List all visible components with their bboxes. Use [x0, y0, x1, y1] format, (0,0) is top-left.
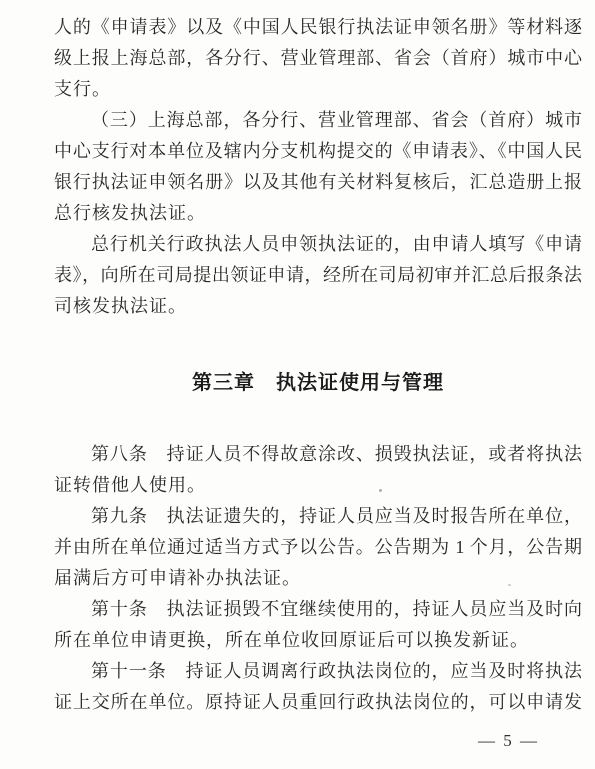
body-line: 表》，向所在司局提出领证申请，经所在司局初审并汇总后报条法 [54, 260, 582, 291]
chapter-heading: 第三章 执法证使用与管理 [54, 368, 582, 399]
body-line: （三）上海总部，各分行、营业管理部、省会（首府）城市 [54, 105, 582, 136]
body-line: 中心支行对本单位及辖内分支机构提交的《申请表》、《中国人民 [54, 136, 582, 167]
body-line: 届满后方可申请补办执法证。 [54, 563, 582, 594]
document-page: 人的《申请表》以及《中国人民银行执法证申领名册》等材料逐 级上报上海总部，各分行… [0, 0, 595, 769]
body-line: 司核发执法证。 [54, 291, 582, 322]
body-line: 证转借他人使用。 [54, 470, 582, 501]
body-line: 所在单位申请更换，所在单位收回原证后可以换发新证。 [54, 625, 582, 656]
blank-gap [54, 322, 582, 368]
body-line: 证上交所在单位。原持证人员重回行政执法岗位的，可以申请发 [54, 687, 582, 718]
scan-speckle [379, 489, 382, 492]
blank-gap [54, 399, 582, 439]
body-line: 总行核发执法证。 [54, 198, 582, 229]
body-line: 级上报上海总部，各分行、营业管理部、省会（首府）城市中心 [54, 43, 582, 74]
body-line: 支行。 [54, 74, 582, 105]
body-line: 第十一条 持证人员调离行政执法岗位的，应当及时将执法 [54, 656, 582, 687]
body-line: 总行机关行政执法人员申领执法证的，由申请人填写《申请 [54, 229, 582, 260]
body-line: 第十条 执法证损毁不宜继续使用的，持证人员应当及时向 [54, 594, 582, 625]
body-line: 第九条 执法证遗失的，持证人员应当及时报告所在单位， [54, 501, 582, 532]
body-line: 并由所在单位通过适当方式予以公告。公告期为 1 个月，公告期 [54, 532, 582, 563]
body-line: 银行执法证申领名册》以及其他有关材料复核后，汇总造册上报 [54, 167, 582, 198]
page-number: — 5 — [478, 731, 539, 751]
body-line: 人的《申请表》以及《中国人民银行执法证申领名册》等材料逐 [54, 12, 582, 43]
scan-speckle [508, 584, 511, 586]
body-line: 第八条 持证人员不得故意涂改、损毁执法证，或者将执法 [54, 439, 582, 470]
text-column: 人的《申请表》以及《中国人民银行执法证申领名册》等材料逐 级上报上海总部，各分行… [54, 12, 582, 718]
